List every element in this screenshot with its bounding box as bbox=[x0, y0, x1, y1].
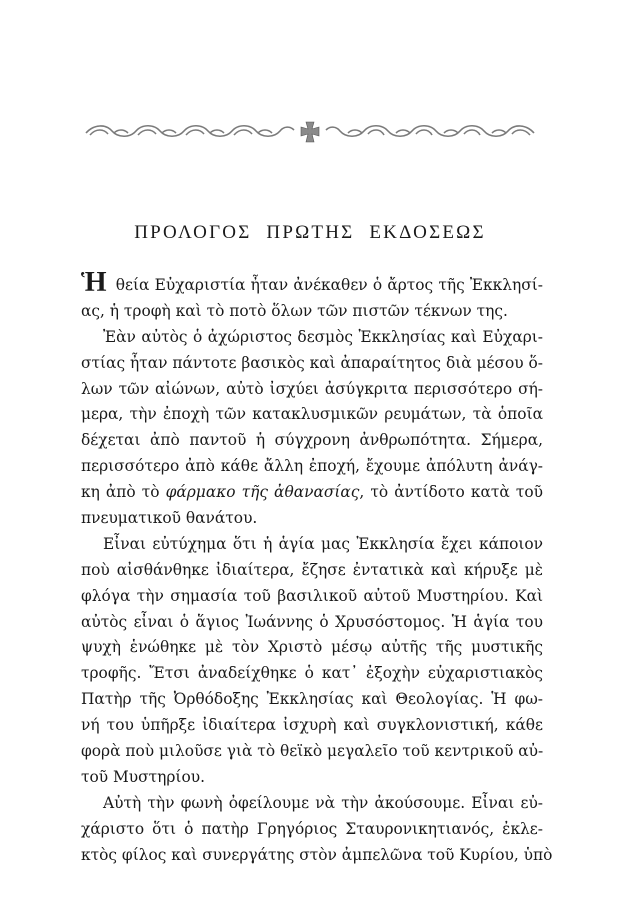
decorative-ornament-border bbox=[84, 121, 536, 143]
text-line: Αὐτὴ τὴν φωνὴ ὀφείλουμε νὰ τὴν ἀκούσουμε… bbox=[81, 791, 543, 817]
scroll-ornament-icon bbox=[84, 121, 536, 143]
drop-cap: Ἡ bbox=[81, 267, 107, 298]
text-line: μερα, τὴν ἐποχὴ τῶν κατακλυσμικῶν ρευμάτ… bbox=[81, 402, 543, 428]
text-line: τροφῆς. Ἔτσι ἀναδείχθηκε ὁ κατ᾽ ἐξοχὴν ε… bbox=[81, 661, 543, 687]
text-line: ποὺ αἰσθάνθηκε ἰδιαίτερα, ἔζησε ἐντατικὰ… bbox=[81, 558, 543, 584]
cross-icon bbox=[301, 122, 319, 142]
text-line: Πατὴρ τῆς Ὀρθόδοξης Ἐκκλησίας καὶ Θεολογ… bbox=[81, 687, 543, 713]
body-text: Ἡ θεία Εὐχαριστία ἦταν ἀνέκαθεν ὁ ἄρτος … bbox=[81, 273, 543, 868]
text-line: χάριστο ὅτι ὁ πατὴρ Γρηγόριος Σταυρονικη… bbox=[81, 817, 543, 843]
text-line: αὐτὸς εἶναι ὁ ἅγιος Ἰωάννης ὁ Χρυσόστομο… bbox=[81, 610, 543, 636]
text-line: κη ἀπὸ τὸ φάρμακο τῆς ἀθανασίας, τὸ ἀντί… bbox=[81, 480, 543, 506]
text-line: πνευματικοῦ θανάτου. bbox=[81, 506, 543, 532]
text-line: ψυχὴ ἑνώθηκε μὲ τὸν Χριστὸ μέσῳ αὐτῆς τῆ… bbox=[81, 635, 543, 661]
text-line: Εἶναι εὐτύχημα ὅτι ἡ ἁγία μας Ἐκκλησία ἔ… bbox=[81, 532, 543, 558]
text-line: ας, ἡ τροφὴ καὶ τὸ ποτὸ ὅλων τῶν πιστῶν … bbox=[81, 299, 543, 325]
text-line: τοῦ Μυστηρίου. bbox=[81, 765, 543, 791]
text-line: περισσότερο ἀπὸ κάθε ἄλλη ἐποχή, ἔχουμε … bbox=[81, 454, 543, 480]
italic-phrase: φάρμακο τῆς ἀθανασίας bbox=[166, 483, 360, 501]
text-line: λων τῶν αἰώνων, αὐτὸ ἰσχύει ἀσύγκριτα πε… bbox=[81, 377, 543, 403]
text-line: κτὸς φίλος καὶ συνεργάτης στὸν ἀμπελῶνα … bbox=[81, 843, 543, 869]
text-line: φλόγα τὴν σημασία τοῦ βασιλικοῦ αὐτοῦ Μυ… bbox=[81, 584, 543, 610]
text-line: Ἡ θεία Εὐχαριστία ἦταν ἀνέκαθεν ὁ ἄρτος … bbox=[81, 273, 543, 299]
text-line: δέχεται ἀπὸ παντοῦ ἡ σύγχρονη ἀνθρωπότητ… bbox=[81, 428, 543, 454]
chapter-title: ΠΡΟΛΟΓΟΣ ΠΡΩΤΗΣ ΕΚΔΟΣΕΩΣ bbox=[0, 222, 620, 244]
text-line: φορὰ ποὺ μιλοῦσε γιὰ τὸ θεϊκὸ μεγαλεῖο τ… bbox=[81, 739, 543, 765]
text-line: στίας ἦταν πάντοτε βασικὸς καὶ ἀπαραίτητ… bbox=[81, 351, 543, 377]
text-line: νή του ὑπῆρξε ἰδιαίτερα ἰσχυρὴ καὶ συγκλ… bbox=[81, 713, 543, 739]
text-line: Ἐὰν αὐτὸς ὁ ἀχώριστος δεσμὸς Ἐκκλησίας κ… bbox=[81, 325, 543, 351]
